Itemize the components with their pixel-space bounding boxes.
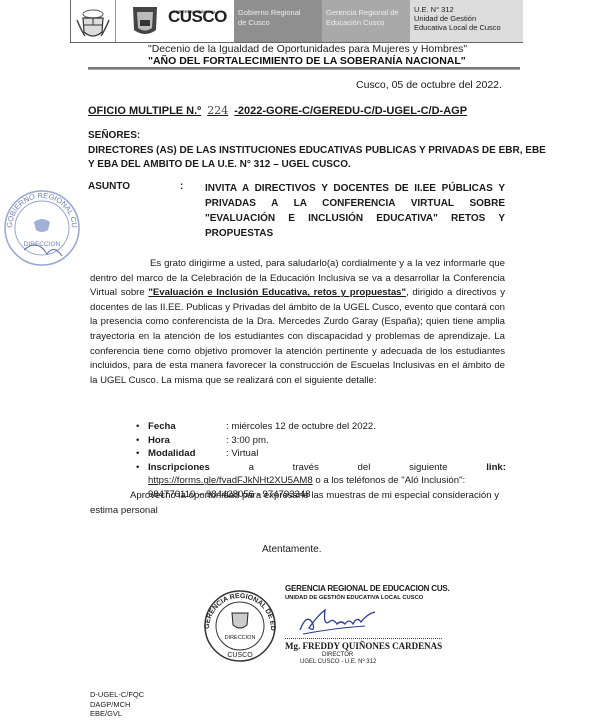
label-word: link: <box>486 461 506 475</box>
svg-text:CUSCO: CUSCO <box>227 652 253 659</box>
oficio-prefix: OFICIO MULTIPLE N.º <box>88 105 201 117</box>
header-text: Educación Cusco <box>326 18 406 28</box>
reference-line: EBE/GVL <box>90 709 144 719</box>
oficio-number: OFICIO MULTIPLE N.º224-2022-GORE-C/GERED… <box>88 104 467 117</box>
reference-line: D-UGEL-C/FQC <box>90 690 144 700</box>
gerencia-education-seal-icon: GERENCIA REGIONAL DE EDUCACION DIRECCION… <box>203 589 277 663</box>
svg-text:DIRECCION: DIRECCION <box>24 241 61 248</box>
recipients-line: Y EBA DEL AMBITO DE LA U.E. N° 312 – UGE… <box>88 158 546 173</box>
document-date: Cusco, 05 de octubre del 2022. <box>356 79 502 91</box>
detail-hora: • Hora : 3:00 pm. <box>148 434 506 448</box>
header-cell-gobierno: Gobierno Regional de Cusco <box>234 0 322 42</box>
signatory-title: DIRECTOR <box>322 652 353 658</box>
header-divider <box>88 67 520 70</box>
detail-value: : miércoles 12 de octubre del 2022. <box>226 420 506 434</box>
closing-text: Aprovecho la oportunidad para expresarle… <box>90 490 499 516</box>
detail-value: : 3:00 pm. <box>226 434 506 448</box>
signatory-unit: UGEL CUSCO - U.E. Nº 312 <box>300 659 376 665</box>
label-word: través <box>293 461 319 475</box>
recipients-line: DIRECTORES (AS) DE LAS INSTITUCIONES EDU… <box>88 144 546 159</box>
subject-text: INVITA A DIRECTIVOS Y DOCENTES DE II.EE … <box>205 181 505 241</box>
phones-intro: o a los teléfonos de "Aló Inclusión": <box>313 475 465 486</box>
oficio-handwritten-number: 224 <box>207 104 228 117</box>
detail-label: Modalidad <box>148 447 226 461</box>
cusco-logo-word: CUSCO <box>168 12 227 22</box>
recipients-label: SEÑORES: <box>88 129 546 144</box>
detail-value: : Virtual <box>226 447 506 461</box>
subject-label: ASUNTO <box>88 181 130 192</box>
signatory-name: Mg. FREDDY QUIÑONES CARDENAS <box>285 638 442 651</box>
signature-org-line2: UNIDAD DE GESTIÓN EDUCATIVA LOCAL CUSCO <box>285 595 423 601</box>
regional-government-seal-icon: GOBIERNO REGIONAL CUSCO DIRECCION <box>2 188 82 268</box>
oficio-suffix: -2022-GORE-C/GEREDU-C/D-UGEL-C/D-AGP <box>234 105 467 117</box>
reference-initials: D-UGEL-C/FQC DAGP/MCH EBE/GVL <box>90 690 144 719</box>
peru-coat-of-arms-logo <box>71 0 116 42</box>
decenio-slogan: "Decenio de la Igualdad de Oportunidades… <box>148 43 467 55</box>
year-slogan: "AÑO DEL FORTALECIMIENTO DE LA SOBERANÍA… <box>148 55 466 67</box>
label-word: del <box>358 461 371 475</box>
coat-of-arms-icon <box>75 8 111 42</box>
recipients: SEÑORES: DIRECTORES (AS) DE LAS INSTITUC… <box>88 129 546 173</box>
closing-paragraph: Aprovecho la oportunidad para expresarle… <box>90 489 505 518</box>
reference-line: DAGP/MCH <box>90 700 144 710</box>
body-paragraph: Es grato dirigirme a usted, para saludar… <box>90 257 505 388</box>
detail-label: Fecha <box>148 420 226 434</box>
detail-modalidad: • Modalidad : Virtual <box>148 447 506 461</box>
body-text: , dirigido a directivos y docentes de la… <box>90 287 505 386</box>
header-text: Unidad de Gestión <box>414 14 519 23</box>
label-word: a <box>249 461 254 475</box>
header-cell-ue: U.E. N° 312 Unidad de Gestión Educativa … <box>410 0 523 42</box>
bullet-icon: • <box>136 447 139 461</box>
signature-org-line1: GERENCIA REGIONAL DE EDUCACION CUS. <box>285 584 450 593</box>
conference-title: "Evaluación e Inclusión Educativa, retos… <box>148 287 406 298</box>
header-text: U.E. N° 312 <box>414 5 519 14</box>
subject-colon: : <box>180 181 183 192</box>
letterhead: GOBIERNO REGIONAL CUSCO Gobierno Regiona… <box>70 0 523 43</box>
sign-off: Atentamente. <box>262 544 321 555</box>
bullet-icon: • <box>136 434 139 448</box>
bullet-icon: • <box>136 461 139 475</box>
header-text: de Cusco <box>238 18 318 28</box>
label-word: siguiente <box>409 461 447 475</box>
bullet-icon: • <box>136 420 139 434</box>
header-text: Gobierno Regional <box>238 8 318 18</box>
cusco-regional-logo: GOBIERNO REGIONAL CUSCO <box>116 0 234 42</box>
header-text: Educativa Local de Cusco <box>414 23 519 32</box>
header-text: Gerencia Regional de <box>326 8 406 18</box>
registration-link[interactable]: https://forms.gle/fvadFJkNHt2XU5AM8 <box>148 475 313 486</box>
svg-text:DIRECCION: DIRECCION <box>225 635 256 641</box>
detail-label: Hora <box>148 434 226 448</box>
inscripciones-label: Inscripciones a través del siguiente lin… <box>148 461 506 475</box>
cusco-shield-icon <box>130 4 160 38</box>
header-cell-gerencia: Gerencia Regional de Educación Cusco <box>322 0 410 42</box>
label-word: Inscripciones <box>148 461 210 475</box>
detail-fecha: • Fecha : miércoles 12 de octubre del 20… <box>148 420 506 434</box>
handwritten-signature-icon <box>295 606 380 638</box>
